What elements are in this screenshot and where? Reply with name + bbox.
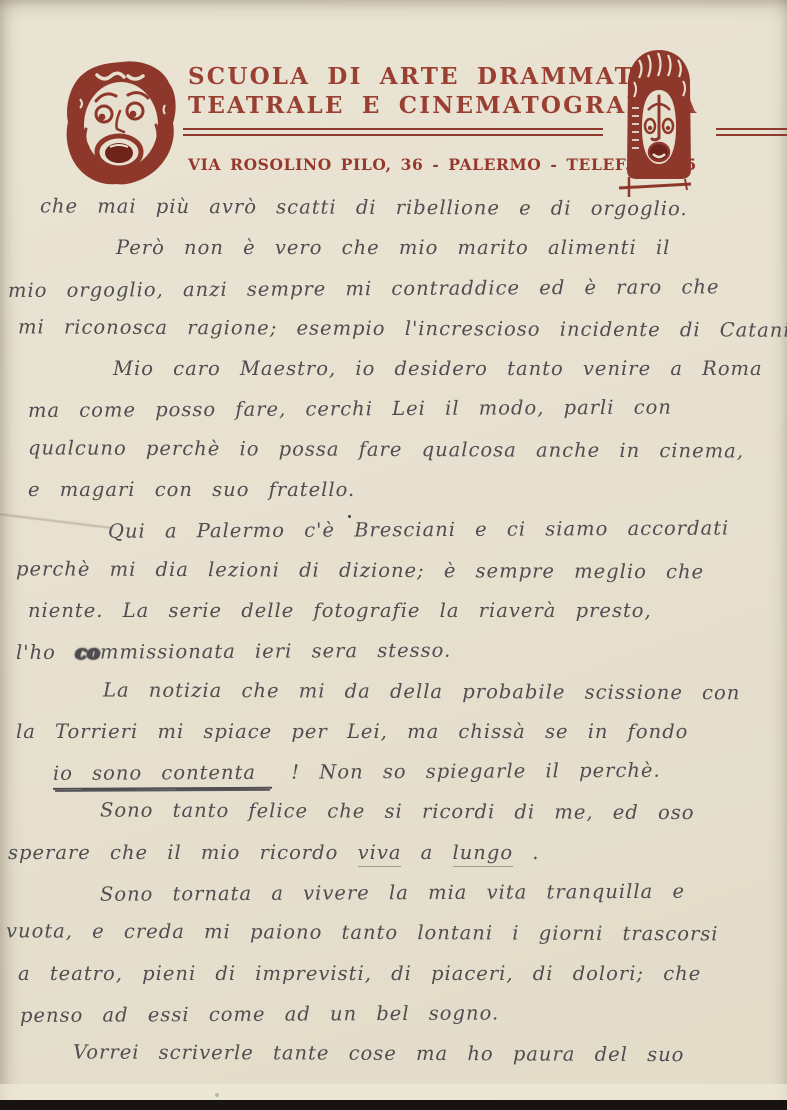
line-fragment: a [401, 841, 452, 864]
letterhead-title-line1: SCUOLA DI ARTE DRAMMATICA [188, 62, 602, 91]
handwritten-line: Però non è vero che mio marito alimenti … [116, 236, 779, 276]
handwritten-line: l'ho commissionata ieri sera stesso. [16, 637, 779, 681]
handwritten-line: La notizia che mi da della probabile sci… [103, 678, 779, 721]
ink-blot-correction: co [75, 641, 100, 664]
ink-dot [348, 515, 351, 518]
underlined-word: lungo [453, 841, 514, 867]
handwritten-line: perchè mi dia lezioni di dizione; è semp… [16, 557, 779, 601]
handwritten-line: qualcuno perchè io possa fare qualcosa a… [28, 436, 779, 480]
handwritten-line: penso ad essi come ad un bel sogno. [20, 1000, 779, 1044]
handwritten-line: Vorrei scriverle tante cose ma ho paura … [73, 1041, 779, 1084]
letterhead-address: VIA ROSOLINO PILO, 36 - PALERMO - TELEF.… [188, 155, 602, 174]
handwritten-line: Sono tanto felice che si ricordi di me, … [100, 799, 779, 842]
handwritten-line: ma come posso fare, cerchi Lei il modo, … [28, 396, 779, 440]
line-fragment: mmissionata ieri sera stesso. [100, 639, 451, 664]
double-rule [183, 128, 603, 136]
letterhead-title: SCUOLA DI ARTE DRAMMATICA TEATRALE E CIN… [188, 62, 602, 120]
line-fragment: l'ho [16, 641, 75, 664]
handwritten-line: io sono contenta ! Non so spiegarle il p… [53, 758, 779, 802]
handwritten-line: che mai più avrò scatti di ribellione e … [40, 194, 779, 238]
handwritten-line: Qui a Palermo c'è Bresciani e ci siamo a… [108, 517, 779, 561]
tragedy-mask-icon [616, 46, 702, 198]
line-fragment: sperare che il mio ricordo [8, 841, 358, 864]
scan-background-strip [0, 1100, 787, 1110]
handwritten-line: mio orgoglio, anzi sempre mi contraddice… [8, 275, 779, 319]
handwritten-line: Mio caro Maestro, io desidero tanto veni… [113, 357, 779, 397]
letter-body: che mai più avrò scatti di ribellione e … [28, 196, 779, 1083]
handwritten-line: sperare che il mio ricordo viva a lungo … [8, 841, 779, 881]
paper-bottom-edge [0, 1084, 787, 1100]
handwritten-line: mi riconosca ragione; esempio l'incresci… [18, 315, 779, 359]
handwritten-line: e magari con suo fratello. [28, 478, 779, 518]
handwritten-line: a teatro, pieni di imprevisti, di piacer… [18, 962, 779, 1002]
handwritten-line: Sono tornata a vivere la mia vita tranqu… [100, 879, 779, 923]
line-fragment: ! Non so spiegarle il perchè. [272, 759, 661, 784]
underlined-phrase: io sono contenta [53, 761, 272, 790]
handwritten-line: vuota, e creda mi paiono tanto lontani i… [6, 920, 779, 964]
underlined-word: viva [358, 841, 402, 867]
double-rule-right-segment [716, 128, 787, 136]
letterhead-title-line2: TEATRALE E CINEMATOGRAFICA [188, 91, 602, 120]
line-fragment: . [513, 841, 539, 864]
comedy-mask-icon [64, 59, 182, 187]
handwritten-line: la Torrieri mi spiace per Lei, ma chissà… [16, 720, 779, 760]
letter-page: SCUOLA DI ARTE DRAMMATICA TEATRALE E CIN… [0, 0, 787, 1110]
handwritten-line: niente. La serie delle fotografie la ria… [28, 599, 779, 639]
